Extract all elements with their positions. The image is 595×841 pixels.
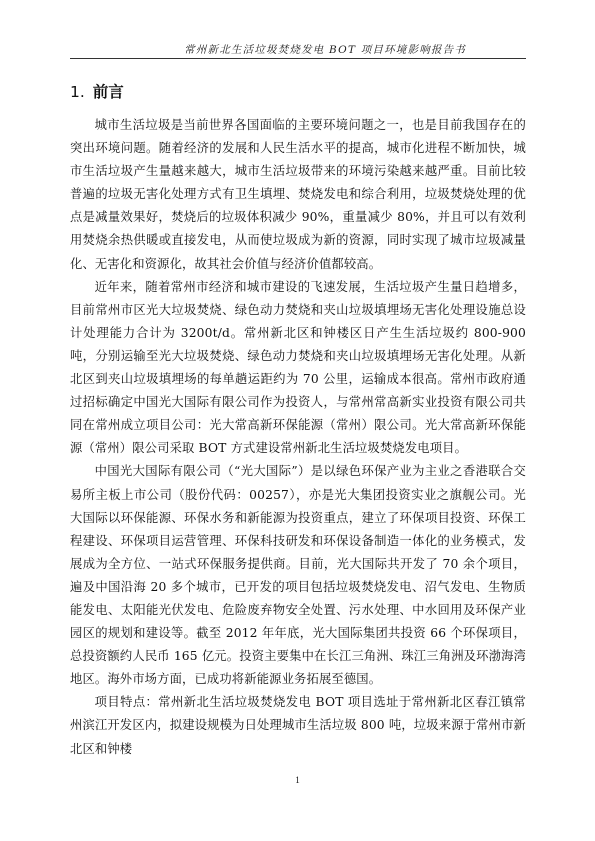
paragraph-project-features: 项目特点：常州新北生活垃圾焚烧发电 BOT 项目选址于常州新北区春江镇常州滨江开… (70, 691, 526, 760)
paragraph-intro: 城市生活垃圾是当前世界各国面临的主要环境问题之一，也是目前我国存在的突出环境问题… (70, 114, 526, 276)
page-header: 常州新北生活垃圾焚烧发电 BOT 项目环境影响报告书 (70, 36, 526, 59)
section-number: 1. (70, 83, 85, 101)
document-body: 城市生活垃圾是当前世界各国面临的主要环境问题之一，也是目前我国存在的突出环境问题… (70, 114, 526, 761)
section-heading: 1.前言 (70, 80, 124, 102)
header-title: 常州新北生活垃圾焚烧发电 BOT 项目环境影响报告书 (184, 42, 466, 57)
page-number: 1 (0, 775, 595, 785)
paragraph-company: 中国光大国际有限公司（“光大国际”）是以绿色环保产业为主业之香港联合交易所主板上… (70, 460, 526, 691)
section-title: 前言 (93, 83, 124, 101)
paragraph-background: 近年来，随着常州市经济和城市建设的飞速发展，生活垃圾产生量日趋增多，目前常州市区… (70, 276, 526, 461)
